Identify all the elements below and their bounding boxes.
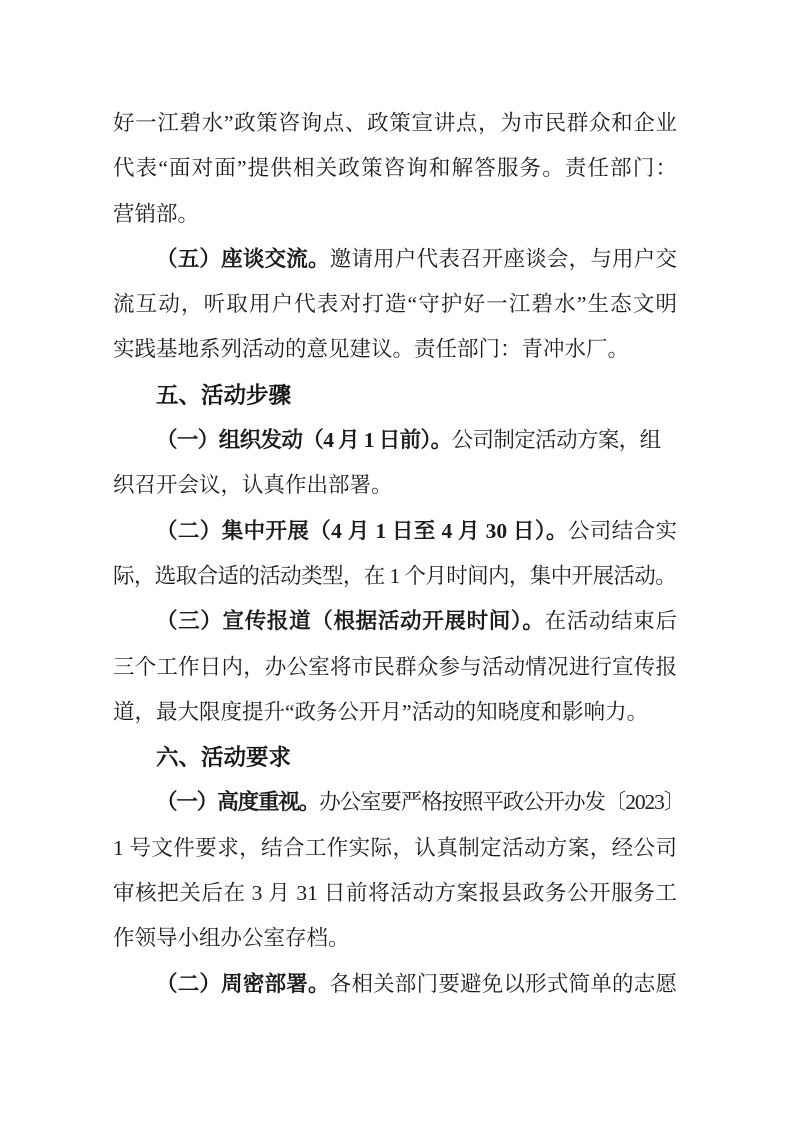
text-run: 际，选取合适的活动类型，在 1 个月时间内，集中开展活动。 [113,564,676,588]
bold-run: （一）高度重视。 [156,790,319,814]
text-line: 道，最大限度提升“政务公开月”活动的知晓度和影响力。 [113,690,677,735]
text-run: 道，最大限度提升“政务公开月”活动的知晓度和影响力。 [113,700,648,724]
text-run: 流互动，听取用户代表对打造“守护好一江碧水”生态文明 [113,292,677,316]
text-line: 作领导小组办公室存档。 [113,916,677,961]
document-page: 好一江碧水”政策咨询点、政策宣讲点，为市民群众和企业 代表“面对面”提供相关政策… [0,0,793,1121]
text-line: （二）周密部署。各相关部门要避免以形式简单的志愿 [113,962,677,1007]
text-line: （五）座谈交流。邀请用户代表召开座谈会，与用户交 [113,237,677,282]
text-run: 代表“面对面”提供相关政策咨询和解答服务。责任部门： [113,156,677,180]
text-line: 营销部。 [113,192,677,237]
text-line: （三）宣传报道（根据活动开展时间）。在活动结束后 [113,599,677,644]
text-run: 作领导小组办公室存档。 [113,926,350,950]
bold-run: （三）宣传报道（根据活动开展时间）。 [156,609,545,633]
text-line: 代表“面对面”提供相关政策咨询和解答服务。责任部门： [113,146,677,191]
text-run: 营销部。 [113,202,199,226]
text-line: 实践基地系列活动的意见建议。责任部门：青冲水厂。 [113,327,677,372]
text-line: 三个工作日内，办公室将市民群众参与活动情况进行宣传报 [113,645,677,690]
text-line: 审核把关后在 3 月 31 日前将活动方案报县政务公开服务工 [113,871,677,916]
text-run: 邀请用户代表召开座谈会，与用户交 [330,247,677,271]
text-run: 公司制定活动方案，组 [452,428,661,452]
heading-text: 五、活动步骤 [156,383,291,408]
text-line: （一）组织发动（4 月 1 日前）。公司制定活动方案，组 [113,418,677,463]
text-line: （一）高度重视。办公室要严格按照平政公开办发〔2023〕 [113,780,677,825]
bold-run: （五）座谈交流。 [156,247,330,271]
page-content: 好一江碧水”政策咨询点、政策宣讲点，为市民群众和企业 代表“面对面”提供相关政策… [113,101,677,1007]
bold-run: （二）周密部署。 [156,972,330,996]
text-line: （二）集中开展（4 月 1 日至 4 月 30 日）。公司结合实 [113,509,677,554]
text-run: 实践基地系列活动的意见建议。责任部门：青冲水厂。 [113,337,629,361]
text-line: 好一江碧水”政策咨询点、政策宣讲点，为市民群众和企业 [113,101,677,146]
heading-text: 六、活动要求 [156,745,291,770]
text-run: 办公室要严格按照平政公开办发〔2023〕 [319,790,684,814]
section-heading: 六、活动要求 [113,735,677,780]
text-line: 织召开会议，认真作出部署。 [113,463,677,508]
text-run: 公司结合实 [568,519,677,543]
text-run: 各相关部门要避免以形式简单的志愿 [330,972,677,996]
text-run: 审核把关后在 3 月 31 日前将活动方案报县政务公开服务工 [113,881,677,905]
text-line: 际，选取合适的活动类型，在 1 个月时间内，集中开展活动。 [113,554,677,599]
text-run: 好一江碧水”政策咨询点、政策宣讲点，为市民群众和企业 [113,111,677,135]
text-run: 在活动结束后 [545,609,677,633]
text-run: 织召开会议，认真作出部署。 [113,473,393,497]
bold-run: （一）组织发动（4 月 1 日前）。 [156,428,452,452]
bold-run: （二）集中开展（4 月 1 日至 4 月 30 日）。 [156,519,568,543]
text-line: 流互动，听取用户代表对打造“守护好一江碧水”生态文明 [113,282,677,327]
section-heading: 五、活动步骤 [113,373,677,418]
text-line: 1 号文件要求，结合工作实际，认真制定活动方案，经公司 [113,826,677,871]
text-run: 1 号文件要求，结合工作实际，认真制定活动方案，经公司 [113,836,677,860]
text-run: 三个工作日内，办公室将市民群众参与活动情况进行宣传报 [113,655,677,679]
